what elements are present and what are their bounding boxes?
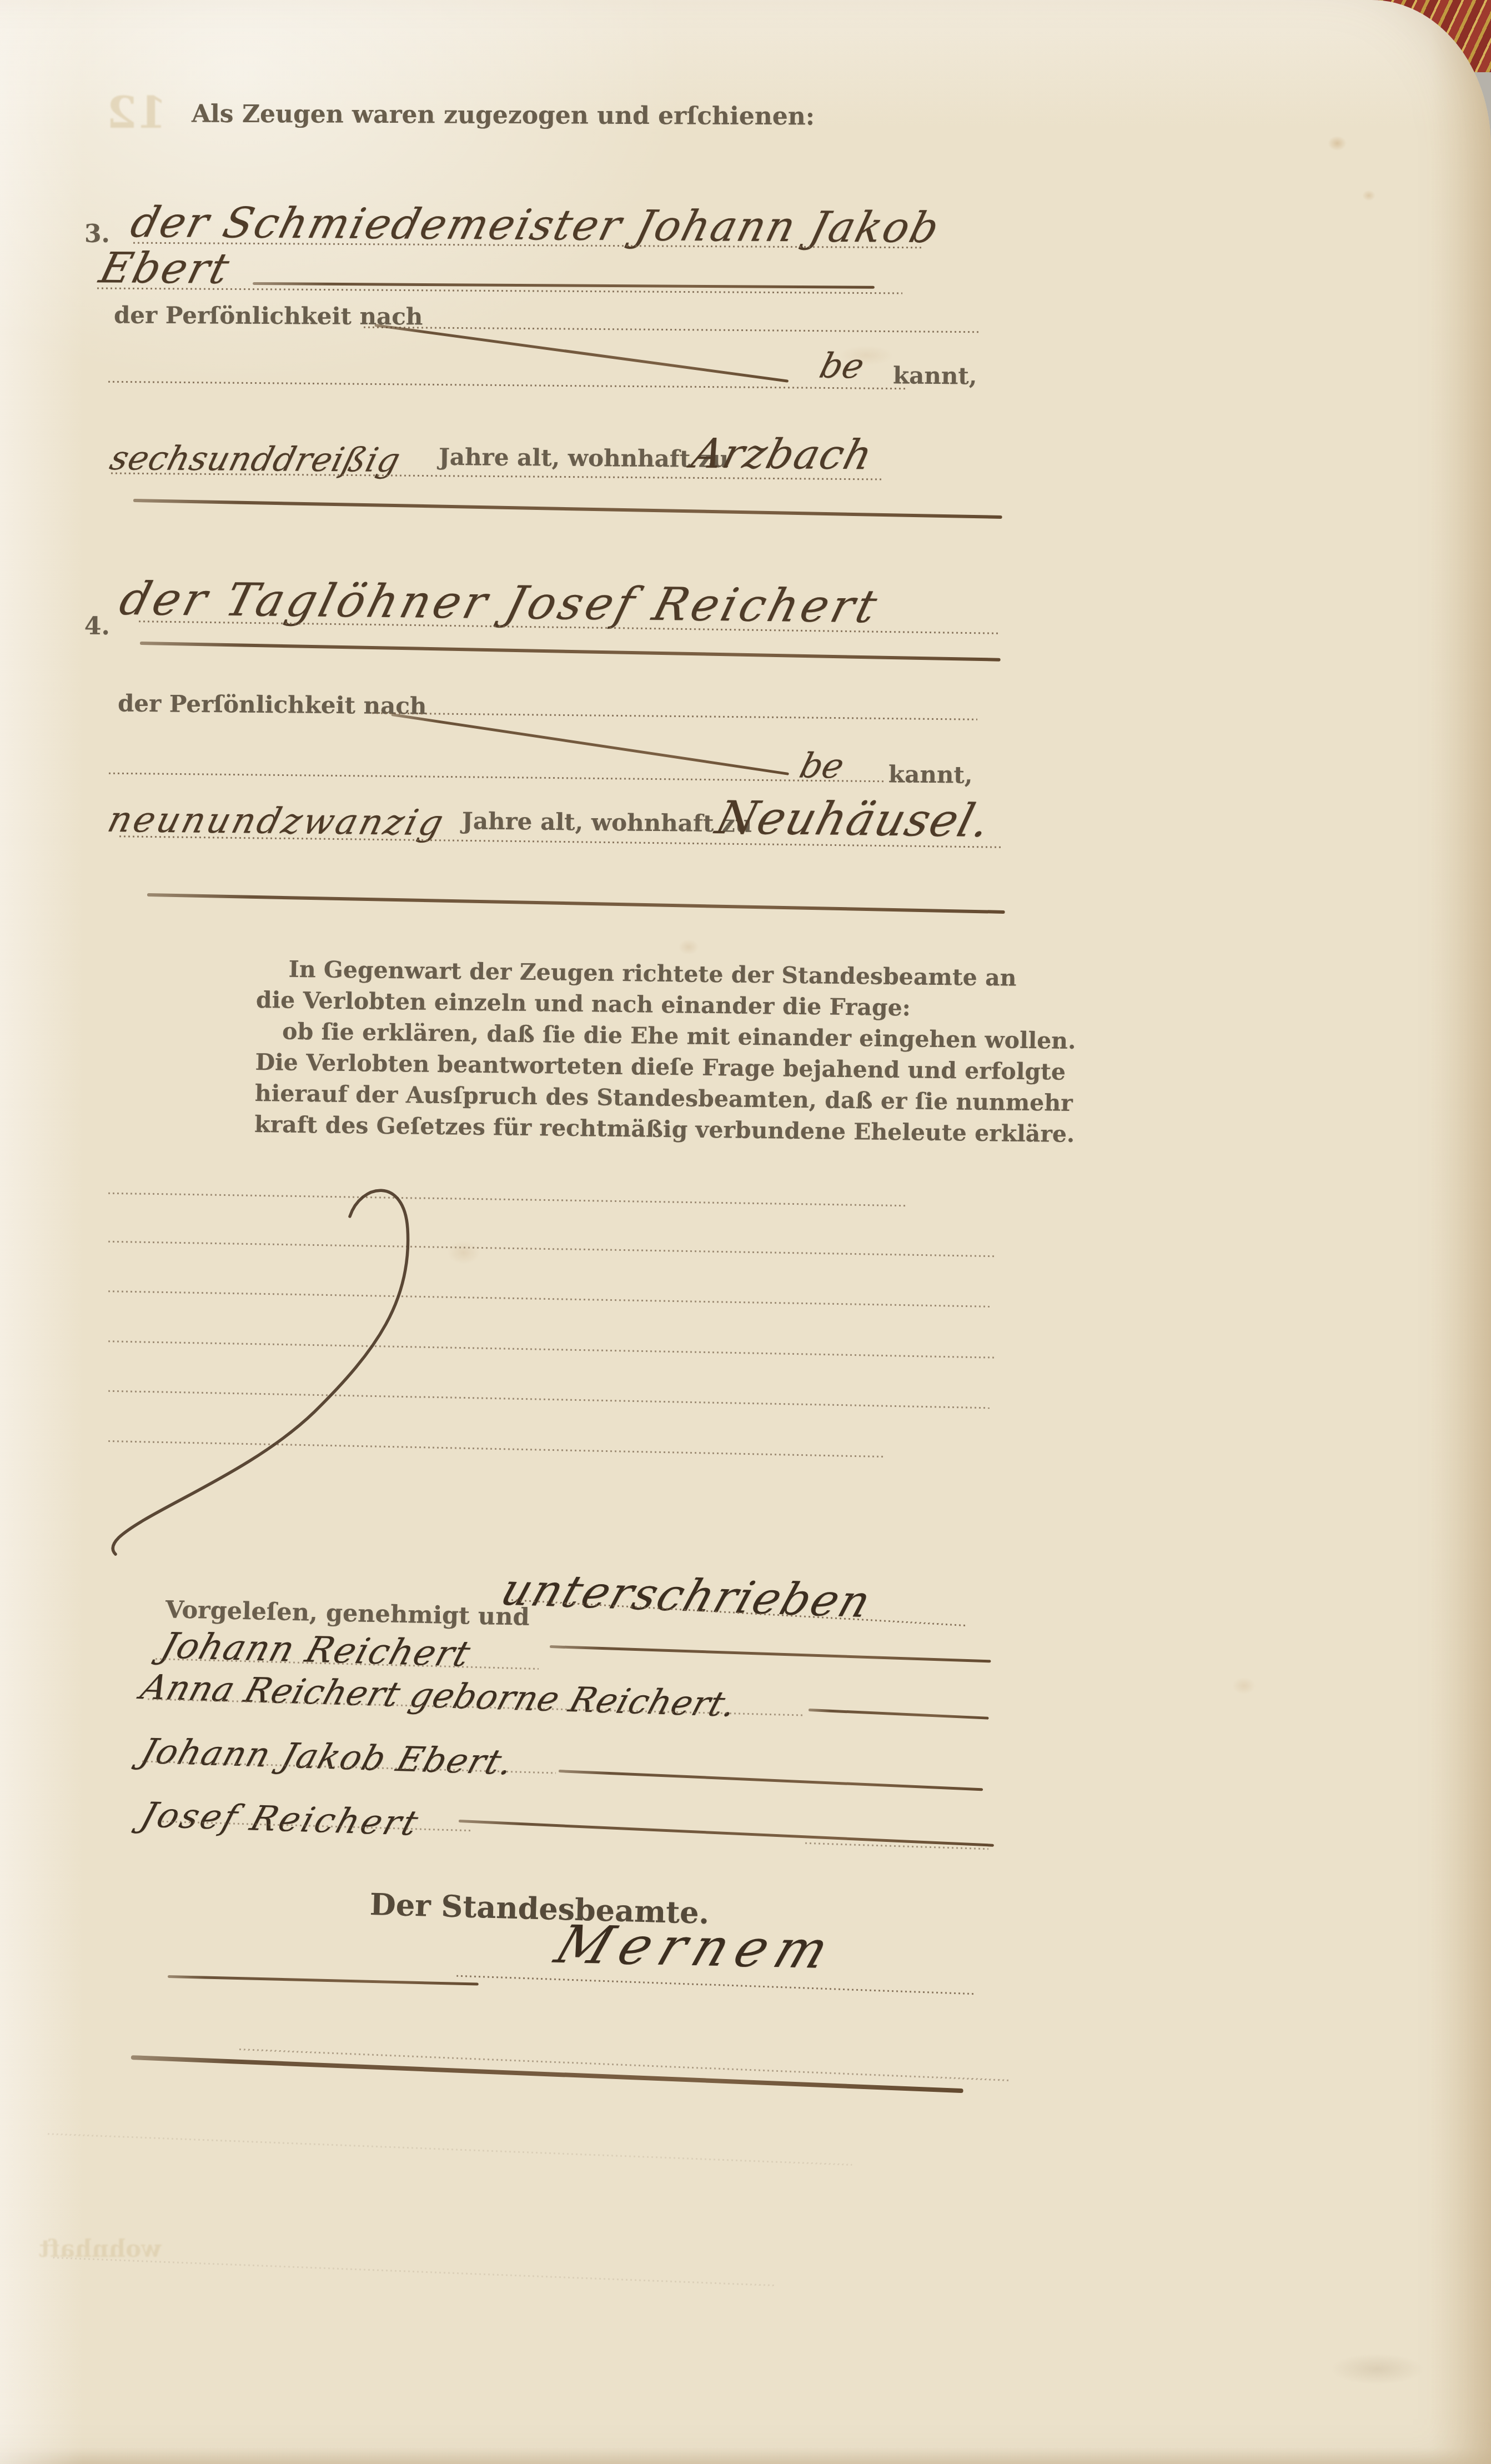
signature-fill-line: [559, 1770, 983, 1791]
strike-through-line: [133, 499, 1002, 519]
witness3-identity-handwriting: be: [816, 345, 869, 387]
bleedthrough-page-number: 12: [107, 88, 167, 138]
witness4-identity-label: der Perſönlichkeit nach: [118, 690, 427, 720]
witness3-entry-line2-handwriting: Ebert: [95, 243, 236, 293]
witness3-identity-suffix: kannt,: [893, 362, 977, 389]
register-page-photo: 12 Als Zeugen waren zugezogen und erſchi…: [0, 0, 1491, 2464]
signature-fill-line: [459, 1820, 994, 1847]
strike-through-line: [140, 642, 1001, 662]
strike-through-line: [147, 893, 1005, 914]
bleedthrough-text: wohnhaft: [39, 2235, 161, 2262]
witness4-identity-suffix: kannt,: [888, 760, 973, 789]
witnesses-intro-line: Als Zeugen waren zugezogen und erſchiene…: [192, 100, 815, 131]
witness3-residence-handwriting: Arzbach: [687, 430, 878, 479]
diagonal-cancellation-stroke: [391, 713, 789, 775]
rule-dotted: [108, 381, 908, 390]
rule-dotted: [372, 712, 977, 720]
ink-fill-line: [253, 282, 875, 289]
closing-printed-label: Vorgeleſen, genehmigt und: [165, 1596, 530, 1631]
rule-dotted-faint: [47, 2133, 852, 2166]
cancellation-flourish: [72, 1161, 494, 1583]
witness4-residence-handwriting: Neuhäusel.: [711, 792, 997, 848]
rule-dotted: [109, 773, 886, 783]
ink-dash-line: [168, 1975, 479, 1986]
witness4-entry-handwriting: der Taglöhner Josef Reichert: [114, 573, 886, 633]
signature-name: Anna Reichert geborne Reichert.: [136, 1666, 742, 1724]
signature-name: Johann Reichert: [156, 1626, 476, 1675]
witness4-age-label: Jahre alt, wohnhaft zu: [462, 807, 752, 837]
witness4-number: 4.: [84, 612, 110, 640]
registrar-signature: Mernem: [548, 1915, 845, 1981]
signature-name: Josef Reichert: [136, 1794, 425, 1843]
witness3-number: 3.: [84, 220, 110, 248]
signature-fill-line: [550, 1645, 991, 1662]
page-content: 12 Als Zeugen waren zugezogen und erſchi…: [0, 0, 1491, 2464]
diagonal-cancellation-stroke: [374, 324, 789, 383]
witness3-age-label: Jahre alt, wohnhaft zu: [439, 443, 729, 473]
declaration-paragraph: In Gegenwart der Zeugen richtete der Sta…: [254, 953, 1023, 1149]
signature-name: Johann Jakob Ebert.: [136, 1731, 519, 1782]
signature-fill-line: [809, 1709, 989, 1720]
rule-dotted: [364, 327, 980, 333]
